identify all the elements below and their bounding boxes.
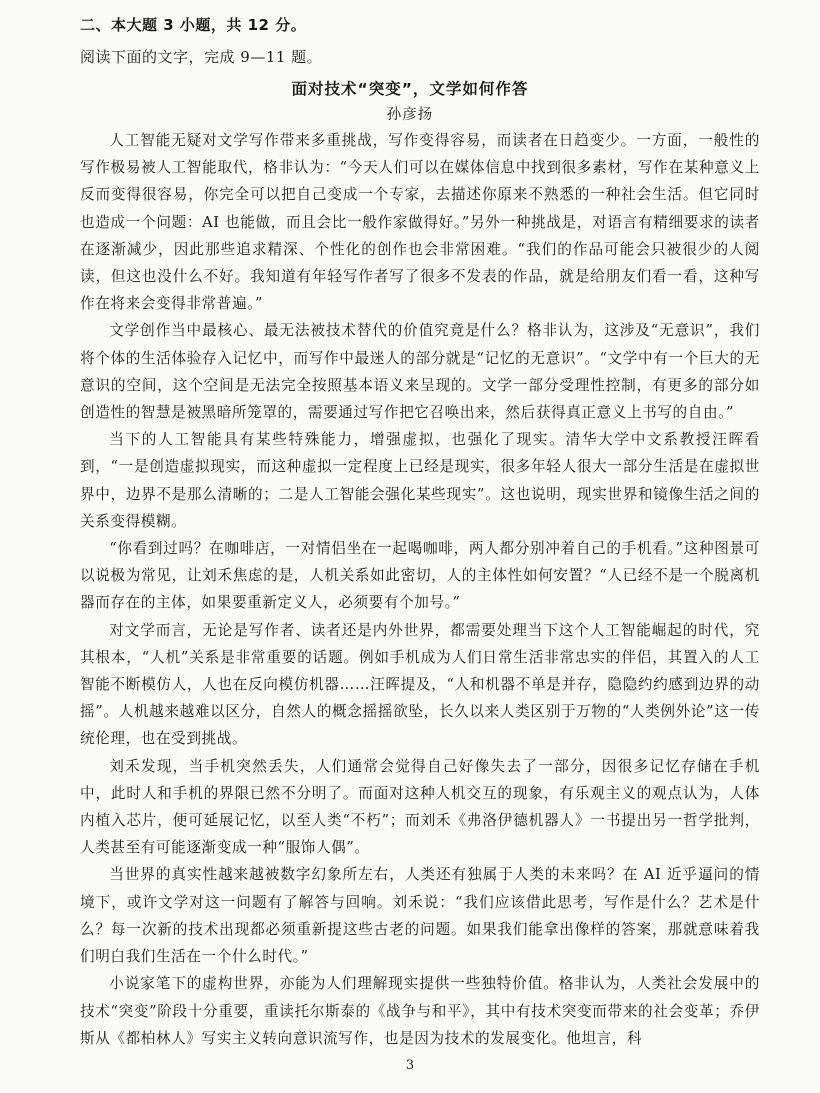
paragraph: 文学创作当中最核心、最无法被技术替代的价值究竟是什么？格非认为，这涉及“无意识”… (80, 317, 760, 426)
reading-instruction: 阅读下面的文字，完成 9—11 题。 (80, 46, 322, 67)
paragraph: 小说家笔下的虚构世界，亦能为人们理解现实提供一些独特价值。格非认为，人类社会发展… (80, 970, 760, 1052)
paragraph: “你看到过吗？在咖啡店，一对情侣坐在一起喝咖啡，两人都分别冲着自己的手机看。”这… (80, 535, 760, 617)
article-author: 孙彦扬 (0, 103, 820, 124)
page-number: 3 (0, 1058, 820, 1073)
exam-page: 二、本大题 3 小题，共 12 分。 阅读下面的文字，完成 9—11 题。 面对… (0, 0, 820, 1093)
paragraph: 人工智能无疑对文学写作带来多重挑战，写作变得容易，而读者在日趋变少。一方面，一般… (80, 127, 760, 317)
paragraph: 对文学而言，无论是写作者、读者还是内外世界，都需要处理当下这个人工智能崛起的时代… (80, 617, 760, 753)
section-heading: 二、本大题 3 小题，共 12 分。 (80, 14, 306, 35)
paragraph: 当下的人工智能具有某些特殊能力，增强虚拟，也强化了现实。清华大学中文系教授汪晖看… (80, 426, 760, 535)
article-title: 面对技术“突变”，文学如何作答 (0, 77, 820, 99)
paragraph: 当世界的真实性越来越被数字幻象所左右，人类还有独属于人类的未来吗？在 AI 近乎… (80, 861, 760, 970)
article-body: 人工智能无疑对文学写作带来多重挑战，写作变得容易，而读者在日趋变少。一方面，一般… (80, 127, 760, 1052)
paragraph: 刘禾发现，当手机突然丢失，人们通常会觉得自己好像失去了一部分，因很多记忆存储在手… (80, 753, 760, 862)
